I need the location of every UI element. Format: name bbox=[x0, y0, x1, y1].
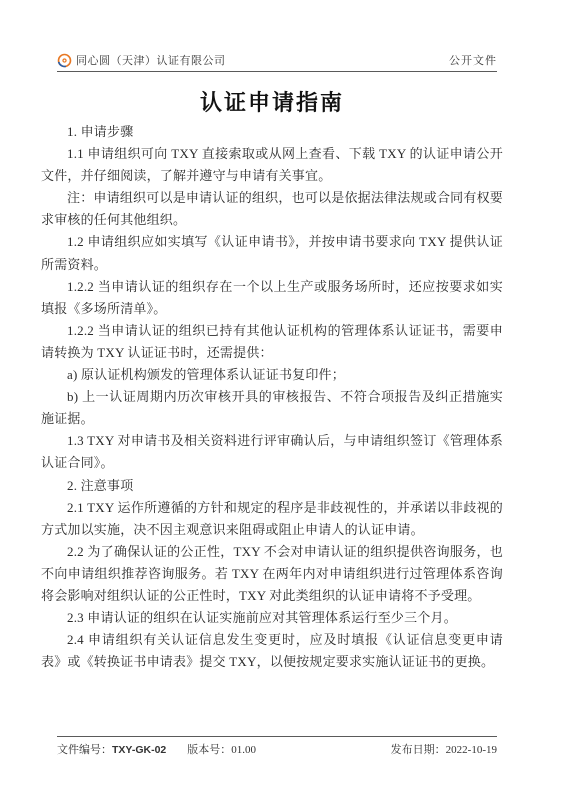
paragraph: 2.2 为了确保认证的公正性，TXY 不会对申请认证的组织提供咨询服务，也不向申… bbox=[41, 541, 503, 607]
document-page: 同心圆（天津）认证有限公司 公开文件 认证申请指南 1. 申请步骤1.1 申请组… bbox=[0, 0, 566, 800]
company-logo-icon bbox=[57, 53, 72, 68]
paragraph: 1. 申请步骤 bbox=[41, 121, 503, 143]
footer-release-date: 发布日期：2022-10-19 bbox=[391, 741, 497, 757]
paragraph: b) 上一认证周期内历次审核开具的审核报告、不符合项报告及纠正措施实施证据。 bbox=[41, 386, 503, 430]
doc-number-value: TXY-GK-02 bbox=[112, 744, 166, 756]
footer-version: 版本号：01.00 bbox=[187, 741, 256, 757]
document-body: 1. 申请步骤1.1 申请组织可向 TXY 直接索取或从网上查看、下载 TXY … bbox=[41, 121, 503, 673]
document-header: 同心圆（天津）认证有限公司 公开文件 bbox=[57, 0, 497, 72]
paragraph: 1.2.2 当申请认证的组织存在一个以上生产或服务场所时，还应按要求如实填报《多… bbox=[41, 276, 503, 320]
document-footer: 文件编号：TXY-GK-02 版本号：01.00 发布日期：2022-10-19 bbox=[57, 736, 497, 757]
paragraph: a) 原认证机构颁发的管理体系认证证书复印件； bbox=[41, 364, 503, 386]
doc-class-label: 公开文件 bbox=[449, 52, 497, 68]
paragraph: 1.2.2 当申请认证的组织已持有其他认证机构的管理体系认证证书，需要申请转换为… bbox=[41, 320, 503, 364]
header-company-block: 同心圆（天津）认证有限公司 bbox=[57, 52, 226, 68]
footer-doc-number: 文件编号：TXY-GK-02 bbox=[57, 741, 166, 757]
doc-number-label: 文件编号： bbox=[57, 744, 112, 756]
release-date-value: 2022-10-19 bbox=[446, 744, 497, 756]
paragraph: 2. 注意事项 bbox=[41, 475, 503, 497]
paragraph: 1.2 申请组织应如实填写《认证申请书》，并按申请书要求向 TXY 提供认证所需… bbox=[41, 231, 503, 275]
paragraph: 1.3 TXY 对申请书及相关资料进行评审确认后，与申请组织签订《管理体系认证合… bbox=[41, 430, 503, 474]
version-value: 01.00 bbox=[231, 744, 256, 756]
company-name: 同心圆（天津）认证有限公司 bbox=[76, 52, 226, 68]
paragraph: 2.4 申请组织有关认证信息发生变更时，应及时填报《认证信息变更申请表》或《转换… bbox=[41, 629, 503, 673]
release-date-label: 发布日期： bbox=[391, 744, 446, 756]
paragraph: 2.3 申请认证的组织在认证实施前应对其管理体系运行至少三个月。 bbox=[41, 607, 503, 629]
paragraph: 2.1 TXY 运作所遵循的方针和规定的程序是非歧视性的，并承诺以非歧视的方式加… bbox=[41, 497, 503, 541]
paragraph: 1.1 申请组织可向 TXY 直接索取或从网上查看、下载 TXY 的认证申请公开… bbox=[41, 143, 503, 187]
page-title: 认证申请指南 bbox=[41, 86, 503, 117]
version-label: 版本号： bbox=[187, 744, 231, 756]
paragraph: 注：申请组织可以是申请认证的组织，也可以是依据法律法规或合同有权要求审核的任何其… bbox=[41, 187, 503, 231]
